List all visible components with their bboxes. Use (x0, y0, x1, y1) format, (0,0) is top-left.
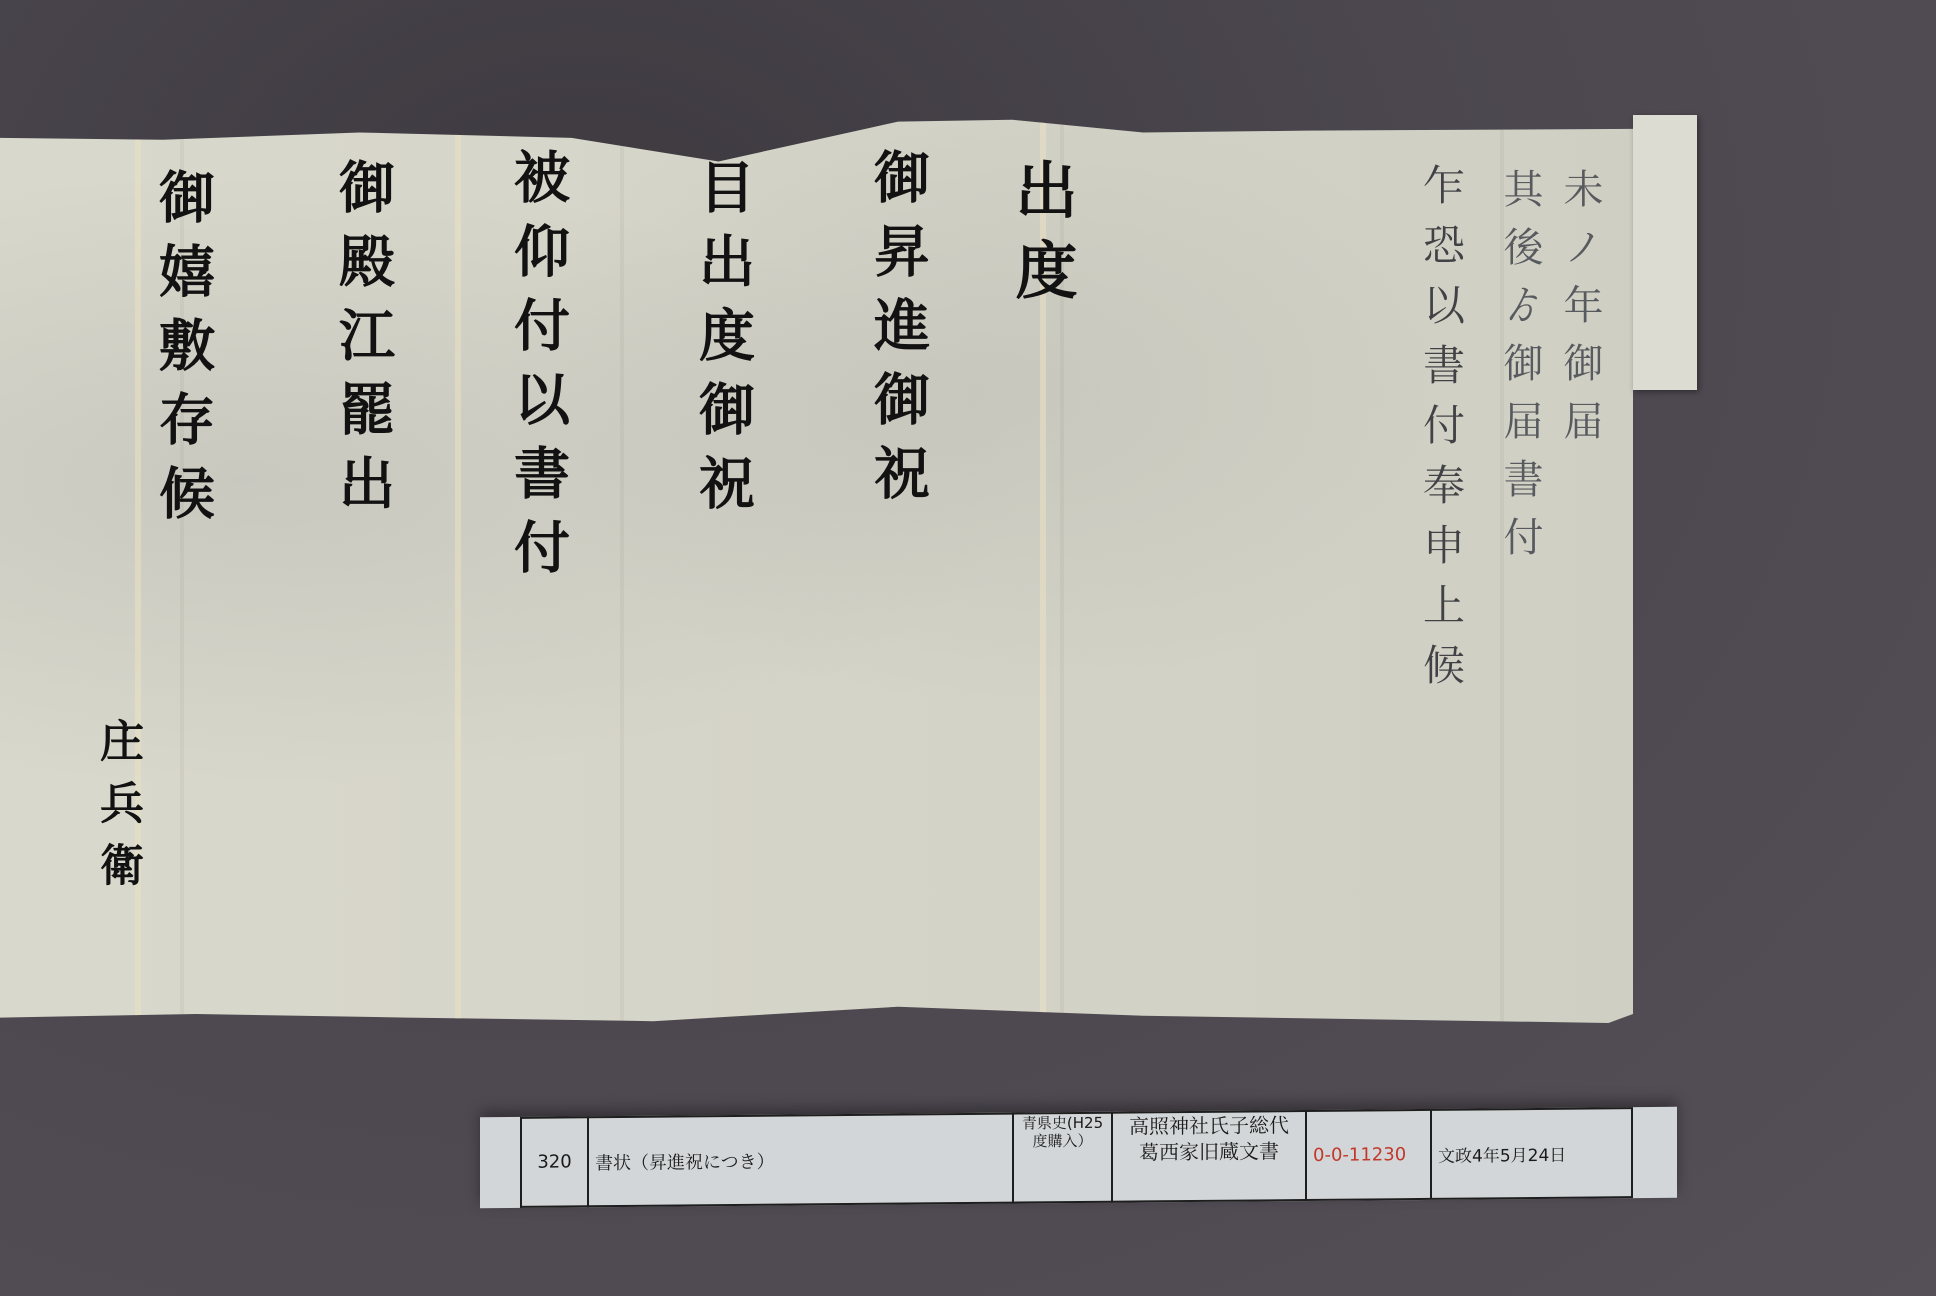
label-source-line1: 青県史(H25 (1022, 1114, 1103, 1133)
calligraphy-column: 出度 (1010, 158, 1072, 318)
label-source: 青県史(H25 度購入） (1012, 1112, 1111, 1204)
annotation-column: 乍恐以書付奉申上候 (1420, 163, 1462, 703)
annotation-column: 其後ゟ御届書付 (1500, 168, 1540, 574)
calligraphy-column: 御嬉敷存候 (155, 168, 211, 538)
label-date: 文政4年5月24日 (1430, 1107, 1633, 1200)
label-collection: 高照神社氏子総代 葛西家旧蔵文書 (1111, 1110, 1305, 1203)
label-collection-line1: 高照神社氏子総代 (1129, 1112, 1289, 1139)
calligraphy-column: 被仰付以書付 (510, 148, 566, 592)
catalog-label: 320 書状（昇進祝につき） 青県史(H25 度購入） 高照神社氏子総代 葛西家… (480, 1107, 1677, 1208)
calligraphy-column: 御殿江罷出 (335, 158, 391, 528)
calligraphy-column: 御昇進御祝 (870, 148, 926, 518)
label-source-line2: 度購入） (1032, 1132, 1092, 1151)
label-collection-line2: 葛西家旧蔵文書 (1139, 1138, 1279, 1165)
label-margin (480, 1117, 520, 1208)
annotation-column: 未ノ年御届 (1560, 168, 1600, 458)
calligraphy-column: 目出度御祝 (695, 158, 751, 528)
paper-fold (455, 118, 461, 1023)
label-title: 書状（昇進祝につき） (587, 1113, 1012, 1208)
paper-tab (1633, 115, 1697, 390)
document-paper: 出度 御昇進御祝 目出度御祝 被仰付以書付 御殿江罷出 御嬉敷存候 庄兵衛 未ノ… (0, 118, 1633, 1023)
label-code: 0-0-11230 (1305, 1109, 1430, 1201)
label-number: 320 (520, 1116, 587, 1208)
signature: 庄兵衛 (95, 718, 139, 904)
label-margin (1633, 1107, 1677, 1198)
